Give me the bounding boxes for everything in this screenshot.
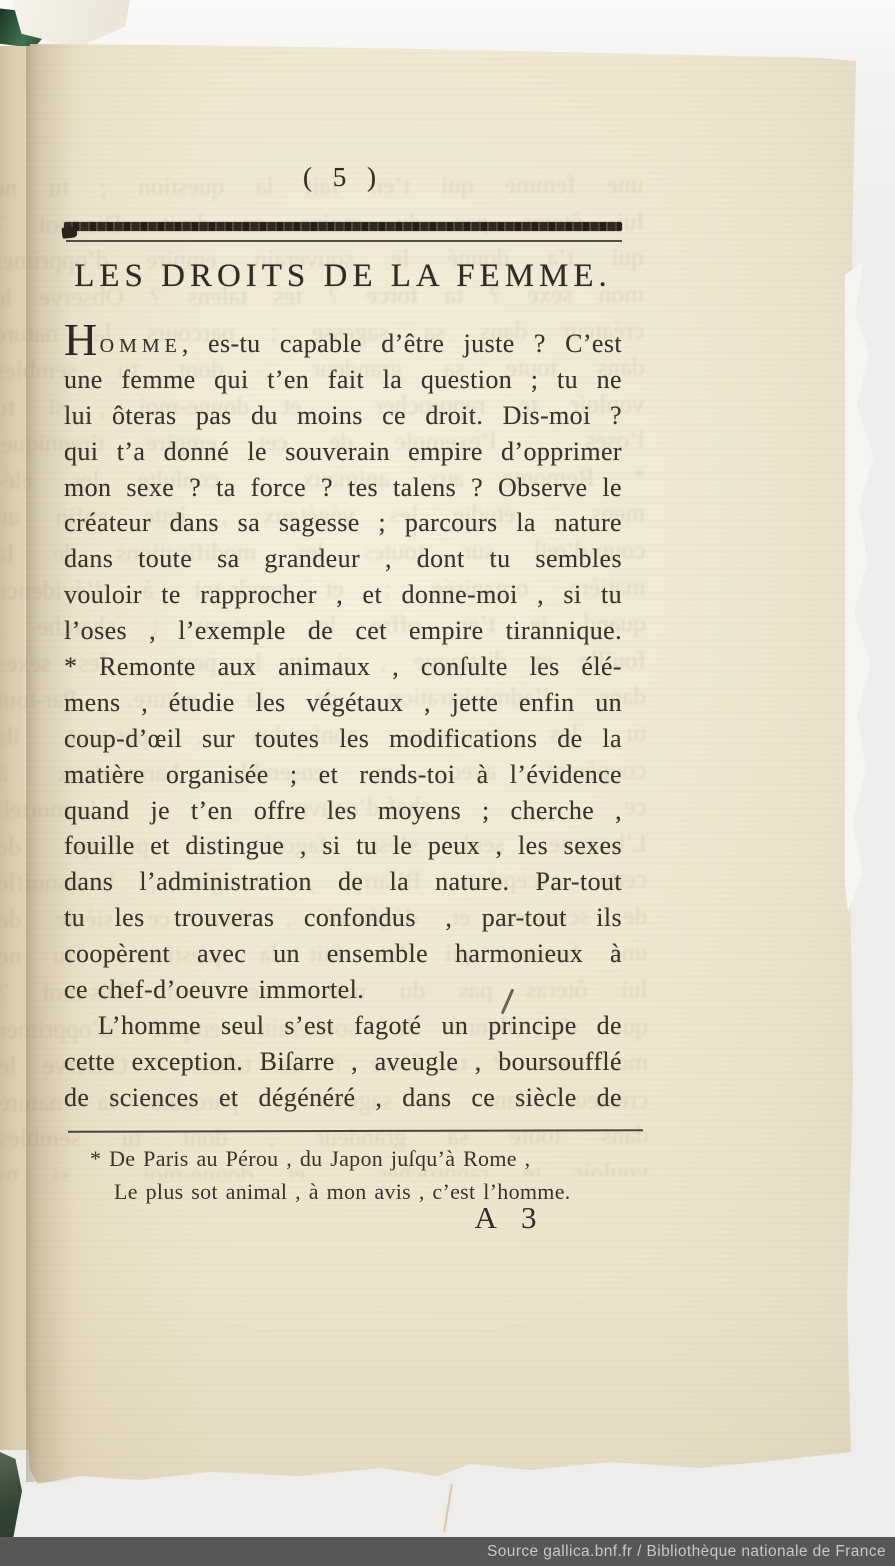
page-edge-fibers bbox=[845, 262, 875, 912]
small-caps-word: OMME bbox=[100, 335, 182, 357]
body-line: quand je t’en offre les moyens ; cherche… bbox=[64, 793, 622, 829]
binding-cloth-bottom bbox=[0, 1452, 22, 1538]
body-line: coup-d’œil sur toutes les modifications … bbox=[64, 721, 622, 757]
body-line: * Remonte aux animaux , conſulte les élé… bbox=[64, 649, 622, 685]
body-line: fouille et distingue , si tu le peux , l… bbox=[64, 828, 622, 864]
body-line: dans toute sa grandeur , dont tu sembles bbox=[64, 541, 622, 577]
footnote-rule bbox=[68, 1129, 643, 1133]
footnote-line-1: * De Paris au Pérou , du Japon juſqu’à R… bbox=[90, 1146, 530, 1172]
source-bar: Source gallica.bnf.fr / Bibliothèque nat… bbox=[0, 1537, 895, 1566]
body-line: vouloir te rapprocher , et donne-moi , s… bbox=[64, 577, 622, 613]
body-line: lui ôteras pas du moins ce droit. Dis-mo… bbox=[64, 398, 622, 434]
body-line: qui t’a donné le souverain empire d’oppr… bbox=[64, 434, 622, 470]
body-line: matière organisée ; et rends-toi à l’évi… bbox=[64, 757, 622, 793]
body-first-line: HOMME, es-tu capable d’être juste ? C’es… bbox=[64, 326, 622, 362]
signature-mark: A 3 bbox=[450, 1200, 570, 1236]
page-number: ( 5 ) bbox=[64, 162, 622, 193]
body-line: coopèrent avec un ensemble harmonieux à bbox=[64, 936, 622, 972]
drop-cap: H bbox=[64, 314, 98, 365]
body-line: mon sexe ? ta force ? tes talens ? Obser… bbox=[64, 470, 622, 506]
body-line: de sciences et dégénéré , dans ce siècle… bbox=[64, 1080, 622, 1116]
header-rule-thick bbox=[64, 222, 622, 231]
source-bar-text: Source gallica.bnf.fr / Bibliothèque nat… bbox=[487, 1543, 895, 1560]
body-line: tu les trouveras confondus , par-tout il… bbox=[64, 900, 622, 936]
body-line: ce chef-d’oeuvre immortel. bbox=[64, 972, 622, 1008]
book-scan-scene: une femme qui t’en fait la question ; tu… bbox=[0, 0, 895, 1566]
body-text: HOMME, es-tu capable d’être juste ? C’es… bbox=[64, 326, 622, 1116]
body-line-paragraph2: L’homme seul s’est fagoté un principe de bbox=[64, 1008, 622, 1044]
body-line: l’oses , l’exemple de cet empire tiranni… bbox=[64, 613, 622, 649]
page-title: LES DROITS DE LA FEMME. bbox=[64, 258, 622, 295]
body-line: mens , étudie les végétaux , jette enfin… bbox=[64, 685, 622, 721]
body-line: une femme qui t’en fait la question ; tu… bbox=[64, 362, 622, 398]
body-line: cette exception. Biſarre , aveugle , bou… bbox=[64, 1044, 622, 1080]
body-line: créateur dans sa sagesse ; parcours la n… bbox=[64, 505, 622, 541]
first-line-rest: , es-tu capable d’être juste ? C’est bbox=[182, 329, 622, 358]
header-rule-thin bbox=[66, 240, 622, 242]
body-line: dans l’administration de la nature. Par-… bbox=[64, 864, 622, 900]
page-text-block: ( 5 ) LES DROITS DE LA FEMME. HOMME, es-… bbox=[64, 0, 622, 1500]
